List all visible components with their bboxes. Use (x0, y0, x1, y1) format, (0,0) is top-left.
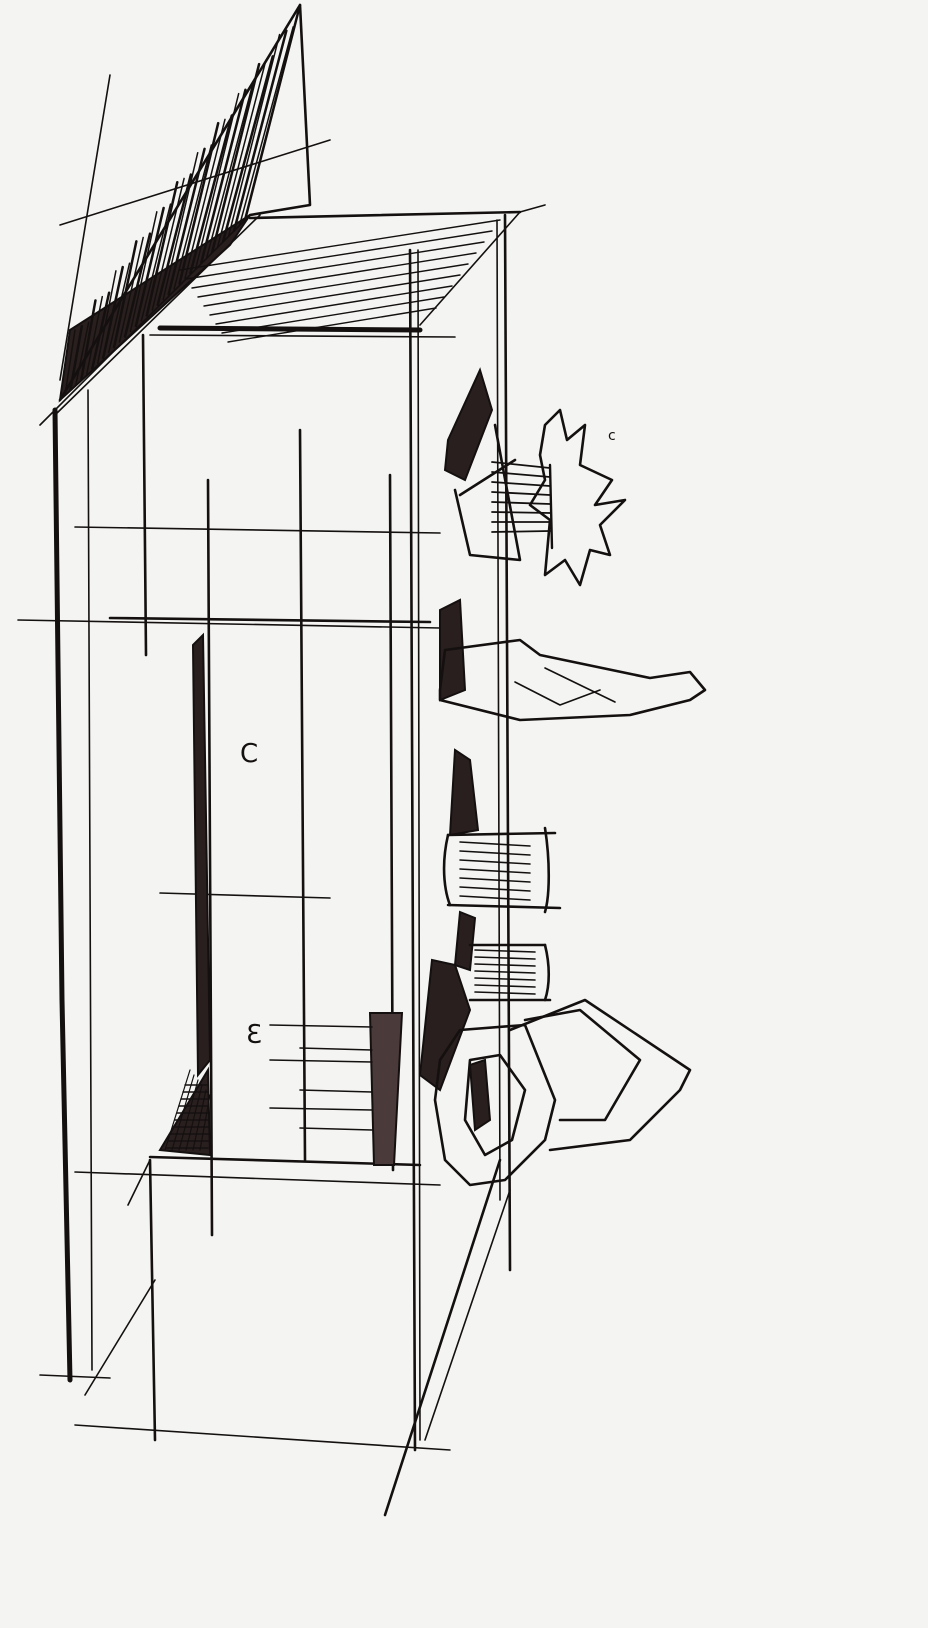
vases (444, 750, 560, 1000)
door-handle-lower: Ɛ (246, 1020, 262, 1050)
pitcher (440, 640, 705, 720)
cabinet-top-face (150, 205, 545, 342)
door-handle-upper: Ϲ (240, 739, 258, 769)
sketch-canvas: Ϲ Ɛ c (0, 0, 928, 1628)
canopy (40, 5, 330, 425)
chair (420, 960, 690, 1185)
svg-text:c: c (608, 428, 616, 444)
cabinet: Ϲ Ɛ (18, 215, 510, 1450)
plinth (40, 1160, 510, 1515)
